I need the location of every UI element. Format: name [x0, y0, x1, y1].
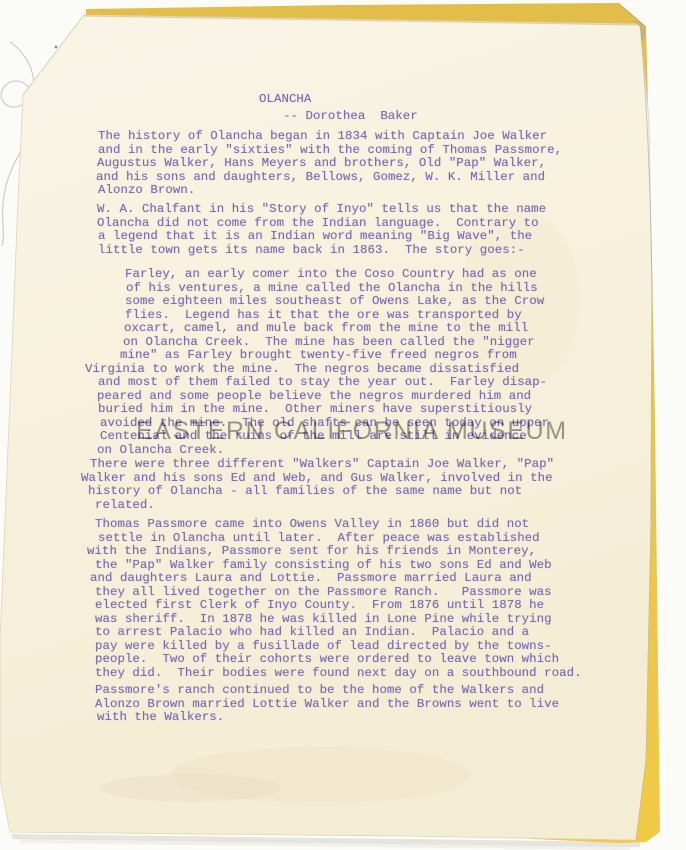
typewritten-line: There were three different "Walkers" Cap… — [90, 458, 554, 472]
typewritten-line: W. A. Chalfant in his "Story of Inyo" te… — [97, 203, 546, 217]
typewritten-line: The history of Olancha began in 1834 wit… — [98, 130, 547, 144]
typewritten-line: Passmore's ranch continued to be the hom… — [95, 684, 544, 698]
typewritten-line: Farley, an early comer into the Coso Cou… — [125, 268, 537, 282]
typewritten-line: with the Indians, Passmore sent for his … — [87, 545, 536, 559]
typewritten-line: and most of them failed to stay the year… — [98, 376, 547, 390]
typewritten-line: related. — [95, 499, 155, 513]
museum-watermark: EASTERN CALIFORNIA MUSEUM — [136, 417, 568, 446]
typewritten-line: mine" as Farley brought twenty-five free… — [120, 349, 517, 363]
typewritten-line: people. Two of their cohorts were ordere… — [95, 653, 559, 667]
typewritten-line: OLANCHA — [259, 93, 311, 107]
typewritten-line: to arrest Palacio who had killed an Indi… — [95, 626, 529, 640]
typewritten-line: and daughters Laura and Lottie. Passmore… — [90, 572, 532, 586]
typewritten-line: some eighteen miles southeast of Owens L… — [125, 295, 544, 309]
typewritten-line: Thomas Passmore came into Owens Valley i… — [95, 518, 529, 532]
typewritten-line: -- Dorothea Baker — [283, 110, 418, 124]
typewritten-line: they did. Their bodies were found next d… — [95, 667, 582, 681]
typewritten-line: elected first Clerk of Inyo County. From… — [95, 599, 544, 613]
typewritten-line: buried him in the mine. Other miners hav… — [98, 403, 532, 417]
scanned-document: OLANCHA-- Dorothea BakerThe history of O… — [0, 0, 686, 850]
typewritten-line: a legend that it is an Indian word meani… — [98, 230, 532, 244]
typewritten-line: Augustus Walker, Hans Meyers and brother… — [97, 157, 546, 171]
typewritten-line: with the Walkers. — [97, 711, 224, 725]
typewritten-line: little town gets its name back in 1863. … — [98, 244, 525, 258]
typewritten-line: history of Olancha - all families of the… — [88, 485, 522, 499]
typewritten-line: oxcart, camel, and mule back from the mi… — [124, 322, 528, 336]
typewritten-line: Alonzo Brown. — [98, 184, 195, 198]
